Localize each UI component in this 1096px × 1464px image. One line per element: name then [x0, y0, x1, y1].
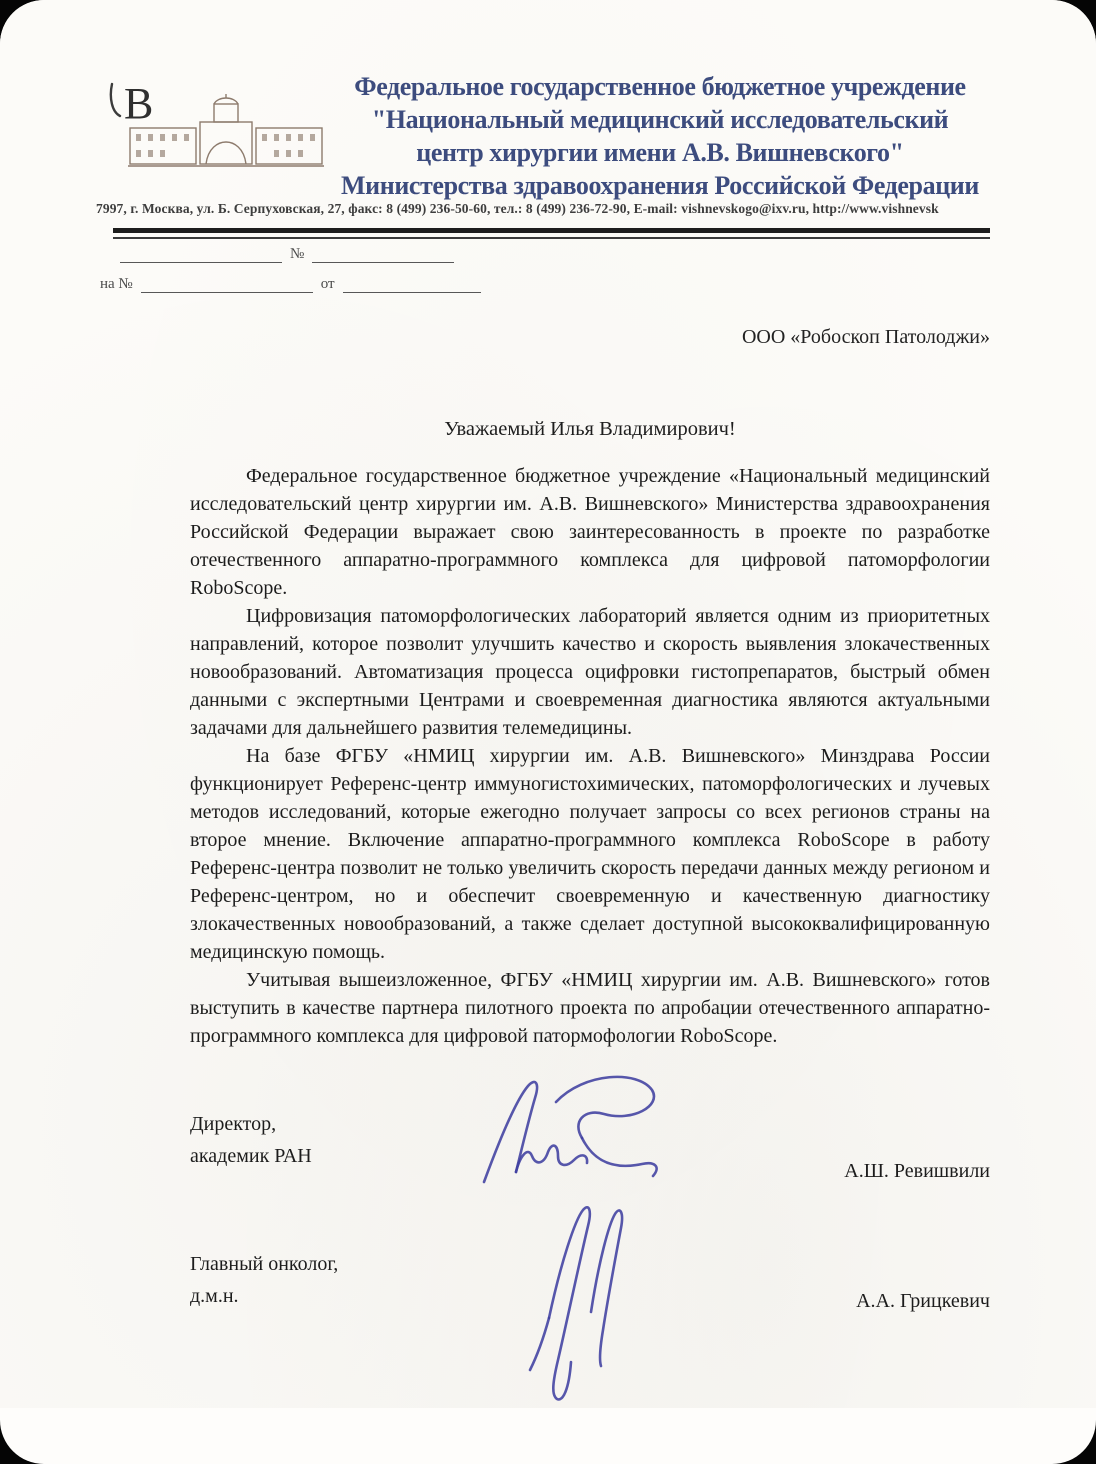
- signer-2-title-line-1: Главный онколог,: [190, 1248, 520, 1280]
- letterhead-rule-thin: [113, 237, 990, 239]
- signer-2-title-line-2: д.м.н.: [190, 1280, 520, 1312]
- ref-na-label: на №: [100, 276, 133, 293]
- paragraph-2: Цифровизация патоморфологических лаборат…: [190, 602, 990, 742]
- letterhead-rule-thick: [113, 228, 990, 233]
- ref-row-outgoing: №: [120, 246, 454, 263]
- org-name-line-1: Федеральное государственное бюджетное уч…: [330, 70, 990, 103]
- salutation: Уважаемый Илья Владимирович!: [190, 418, 990, 441]
- paragraph-3: На базе ФГБУ «НМИЦ хирургии им. А.В. Виш…: [190, 742, 990, 966]
- letterhead-logo: B: [96, 72, 336, 172]
- signer-1-name: А.Ш. Ревишвили: [690, 1160, 990, 1183]
- ref-incoming-number-blank: [141, 277, 313, 293]
- ref-number-blank: [312, 247, 454, 263]
- paragraph-1: Федеральное государственное бюджетное уч…: [190, 462, 990, 602]
- recipient: ООО «Робоскоп Патолоджи»: [590, 326, 990, 349]
- signer-2-title: Главный онколог, д.м.н.: [190, 1248, 520, 1312]
- ref-ot-label: от: [321, 276, 335, 293]
- org-name-block: Федеральное государственное бюджетное уч…: [330, 70, 990, 202]
- signature-1-ink: [462, 1068, 692, 1200]
- ref-row-incoming: на № от: [100, 276, 481, 293]
- letter-body: Федеральное государственное бюджетное уч…: [190, 462, 990, 1050]
- contact-line: 7997, г. Москва, ул. Б. Серпуховская, 27…: [96, 201, 1076, 217]
- institute-building-icon: [126, 94, 326, 172]
- letter-page: B: [0, 0, 1096, 1464]
- paragraph-4: Учитывая вышеизложенное, ФГБУ «НМИЦ хиру…: [190, 966, 990, 1050]
- signer-2-name: А.А. Грицкевич: [690, 1290, 990, 1313]
- ref-no-label: №: [290, 246, 304, 263]
- signature-2-ink: [503, 1198, 658, 1406]
- org-name-line-3: центр хирургии имени А.В. Вишневского": [330, 136, 990, 169]
- scanned-letter-screenshot: B: [0, 0, 1096, 1464]
- ref-date-blank: [120, 247, 282, 263]
- ref-incoming-date-blank: [343, 277, 481, 293]
- org-name-line-2: "Национальный медицинский исследовательс…: [330, 103, 990, 136]
- org-name-line-4: Министерства здравоохранения Российской …: [330, 169, 990, 202]
